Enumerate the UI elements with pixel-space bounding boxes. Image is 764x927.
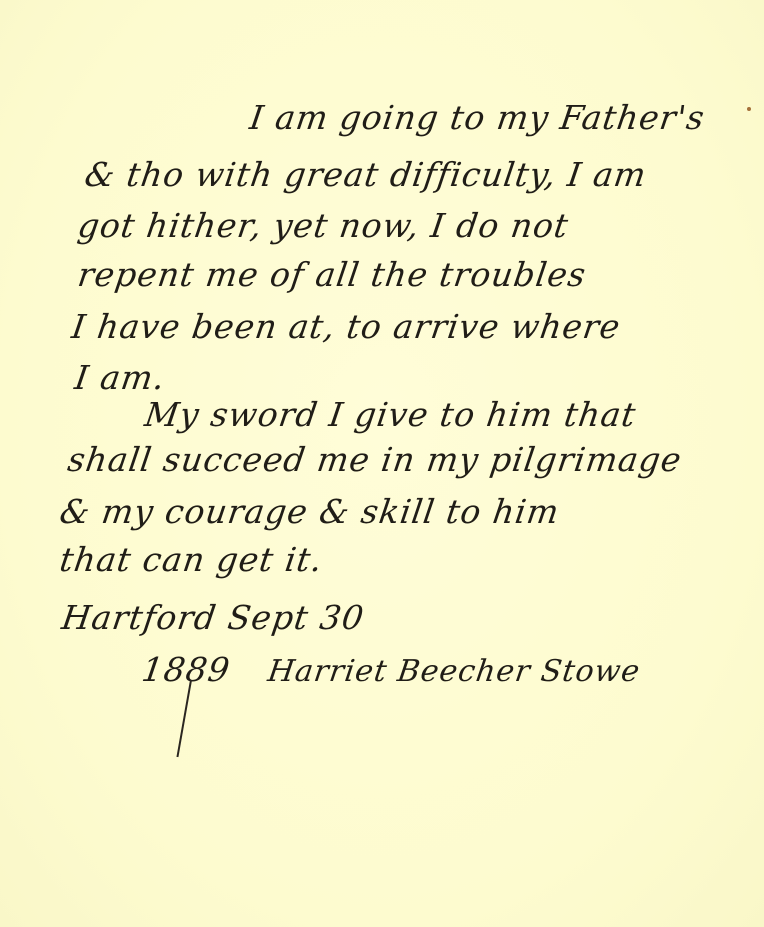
- letter-line-6: I am.: [72, 358, 168, 398]
- signature: Harriet Beecher Stowe: [265, 652, 643, 692]
- letter-line-5: I have been at, to arrive where: [69, 307, 623, 347]
- year-text: 1889: [139, 650, 233, 690]
- letter-line-7: My sword I give to him that: [142, 395, 639, 435]
- letter-line-4: repent me of all the troubles: [75, 255, 589, 295]
- place-name: Hartford: [59, 598, 219, 637]
- letter-line-3: got hither, yet now, I do not: [75, 206, 571, 246]
- letter-line-8: shall succeed me in my pilgrimage: [65, 440, 684, 480]
- paper-speck: [747, 107, 751, 111]
- letter-line-9: & my courage & skill to him: [57, 492, 562, 532]
- year-descender-stroke: [176, 680, 192, 757]
- letter-line-1: I am going to my Father's: [247, 98, 707, 138]
- letter-line-2: & tho with great difficulty, I am: [82, 155, 649, 195]
- place-date: Hartford Sept 30: [59, 598, 367, 638]
- letter-page: I am going to my Father's & tho with gre…: [0, 0, 764, 927]
- date-text: Sept 30: [225, 598, 366, 637]
- letter-line-10: that can get it.: [57, 540, 325, 580]
